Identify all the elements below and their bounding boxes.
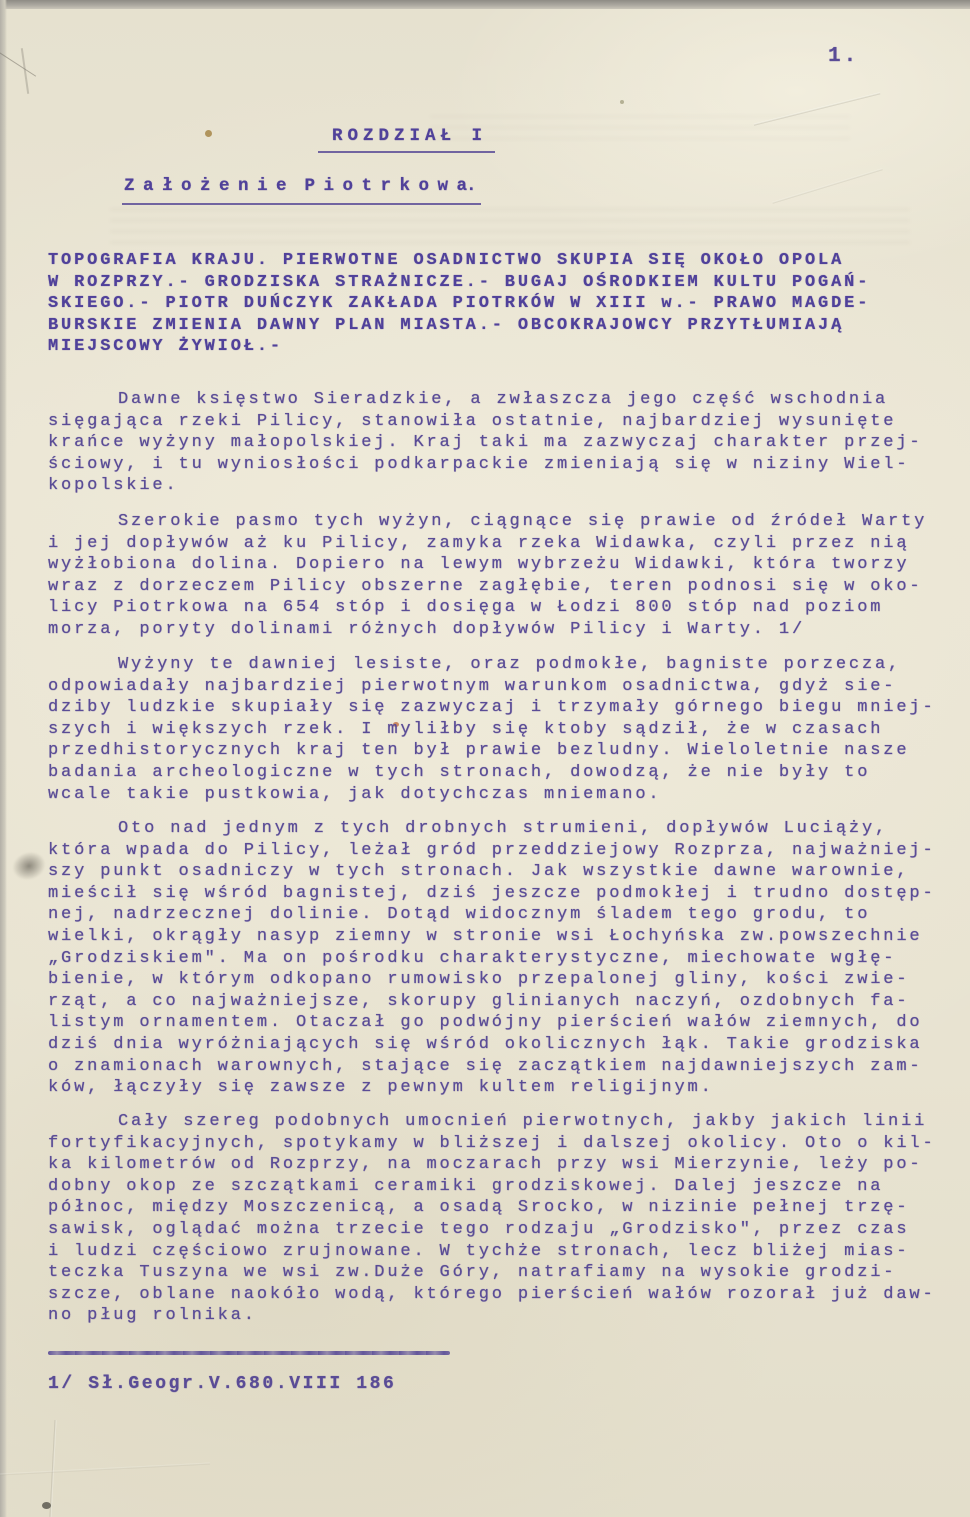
scan-edge-top [0, 0, 970, 9]
paper-speck [42, 1502, 51, 1509]
chapter-heading: ROZDZIAŁ I [318, 126, 495, 153]
body-paragraph: Szerokie pasmo tych wyżyn, ciągnące się … [48, 511, 927, 641]
scanned-document-page: 1. ROZDZIAŁ I Z a ł o ż e n i e P i o t … [0, 0, 970, 1517]
paper-crease [772, 168, 883, 204]
chapter-summary: TOPOGRAFIA KRAJU. PIERWOTNE OSADNICTWO S… [48, 250, 870, 358]
paper-crease [49, 1420, 56, 1517]
corner-fold-mark [0, 13, 54, 76]
paper-speck [205, 130, 212, 137]
paper-speck [620, 100, 624, 104]
body-paragraph: Wyżyny te dawniej lesiste, oraz podmokłe… [48, 654, 936, 805]
scan-edge-left [0, 0, 7, 1517]
margin-smudge [9, 847, 50, 884]
body-paragraph: Dawne księstwo Sieradzkie, a zwłaszcza j… [48, 389, 922, 497]
paper-crease [0, 1463, 210, 1476]
footnote-reference: 1/ Sł.Geogr.V.680.VIII 186 [48, 1374, 396, 1396]
body-paragraph: Cały szereg podobnych umocnień pierwotny… [48, 1111, 936, 1327]
verso-text-bleed [110, 208, 910, 250]
page-number: 1. [828, 46, 859, 68]
body-paragraph: Oto nad jednym z tych drobnych strumieni… [48, 818, 936, 1099]
document-title: Z a ł o ż e n i e P i o t r k o w a. [122, 176, 481, 205]
footnote-separator-rule [48, 1351, 450, 1355]
